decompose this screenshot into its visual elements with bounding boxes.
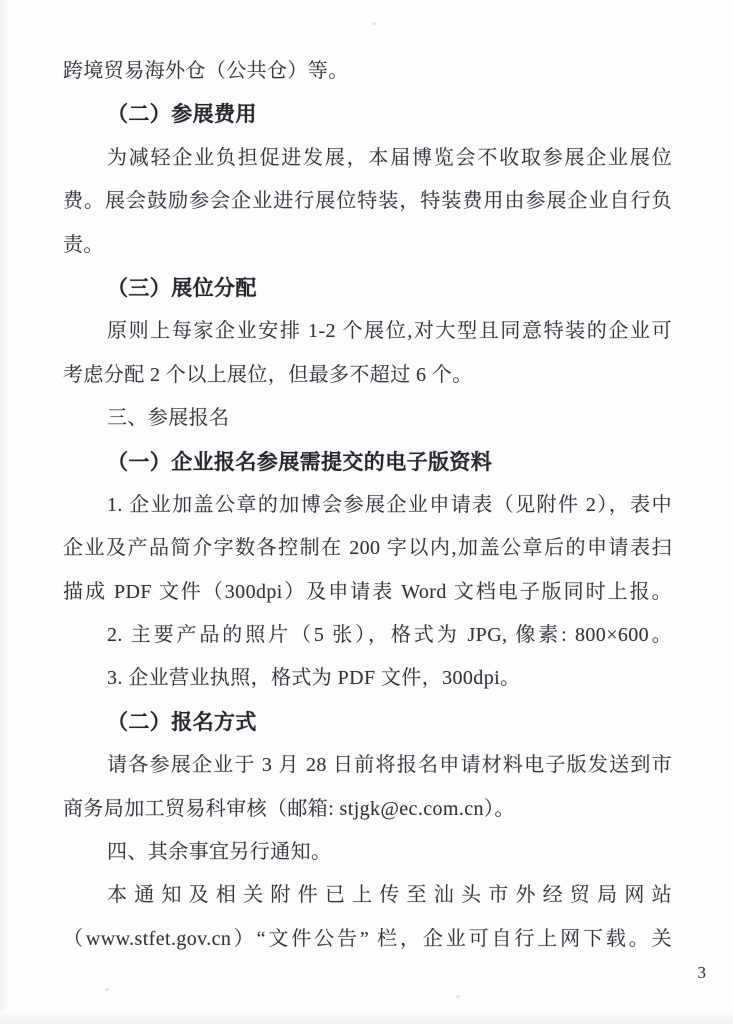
scan-speck <box>372 22 376 25</box>
document-line: 2. 主要产品的照片（5 张），格式为 JPG, 像素: 800×600。 <box>63 614 672 657</box>
scan-speck <box>456 995 460 998</box>
document-text-block: 跨境贸易海外仓（公共仓）等。（二）参展费用为减轻企业负担促进发展，本届博览会不收… <box>63 50 672 961</box>
document-line: 3. 企业营业执照，格式为 PDF 文件，300dpi。 <box>63 657 672 700</box>
document-line: 1. 企业加盖公章的加博会参展企业申请表（见附件 2），表中 <box>63 484 672 527</box>
document-line: 费。展会鼓励参会企业进行展位特装，特装费用由参展企业自行负 <box>63 180 672 223</box>
document-line: 三、参展报名 <box>63 397 672 440</box>
document-line: 本通知及相关附件已上传至汕头市外经贸局网站 <box>63 874 672 917</box>
document-line: 请各参展企业于 3 月 28 日前将报名申请材料电子版发送到市 <box>63 744 672 787</box>
scan-left-edge-artifact <box>0 0 8 1010</box>
document-line: 四、其余事宜另行通知。 <box>63 831 672 874</box>
document-line: 为减轻企业负担促进发展，本届博览会不收取参展企业展位 <box>63 137 672 180</box>
page-number: 3 <box>698 963 707 983</box>
document-line: 企业及产品简介字数各控制在 200 字以内,加盖公章后的申请表扫 <box>63 527 672 570</box>
document-line: 原则上每家企业安排 1-2 个展位,对大型且同意特装的企业可 <box>63 310 672 353</box>
document-line: 跨境贸易海外仓（公共仓）等。 <box>63 50 672 93</box>
document-heading-line: （二）参展费用 <box>63 93 672 136</box>
document-heading-line: （三）展位分配 <box>63 267 672 310</box>
document-line: 责。 <box>63 224 672 267</box>
scan-speck <box>105 988 109 991</box>
document-heading-line: （一）企业报名参展需提交的电子版资料 <box>63 441 672 484</box>
scan-bottom-edge-artifact <box>0 1009 733 1024</box>
scanned-document-page: 跨境贸易海外仓（公共仓）等。（二）参展费用为减轻企业负担促进发展，本届博览会不收… <box>0 0 733 1024</box>
document-line: （www.stfet.gov.cn）“文件公告” 栏，企业可自行上网下载。关 <box>63 918 672 961</box>
document-line: 商务局加工贸易科审核（邮箱: stjgk@ec.com.cn）。 <box>63 788 672 831</box>
document-heading-line: （二）报名方式 <box>63 701 672 744</box>
document-line: 考虑分配 2 个以上展位，但最多不超过 6 个。 <box>63 354 672 397</box>
document-line: 描成 PDF 文件（300dpi）及申请表 Word 文档电子版同时上报。 <box>63 571 672 614</box>
